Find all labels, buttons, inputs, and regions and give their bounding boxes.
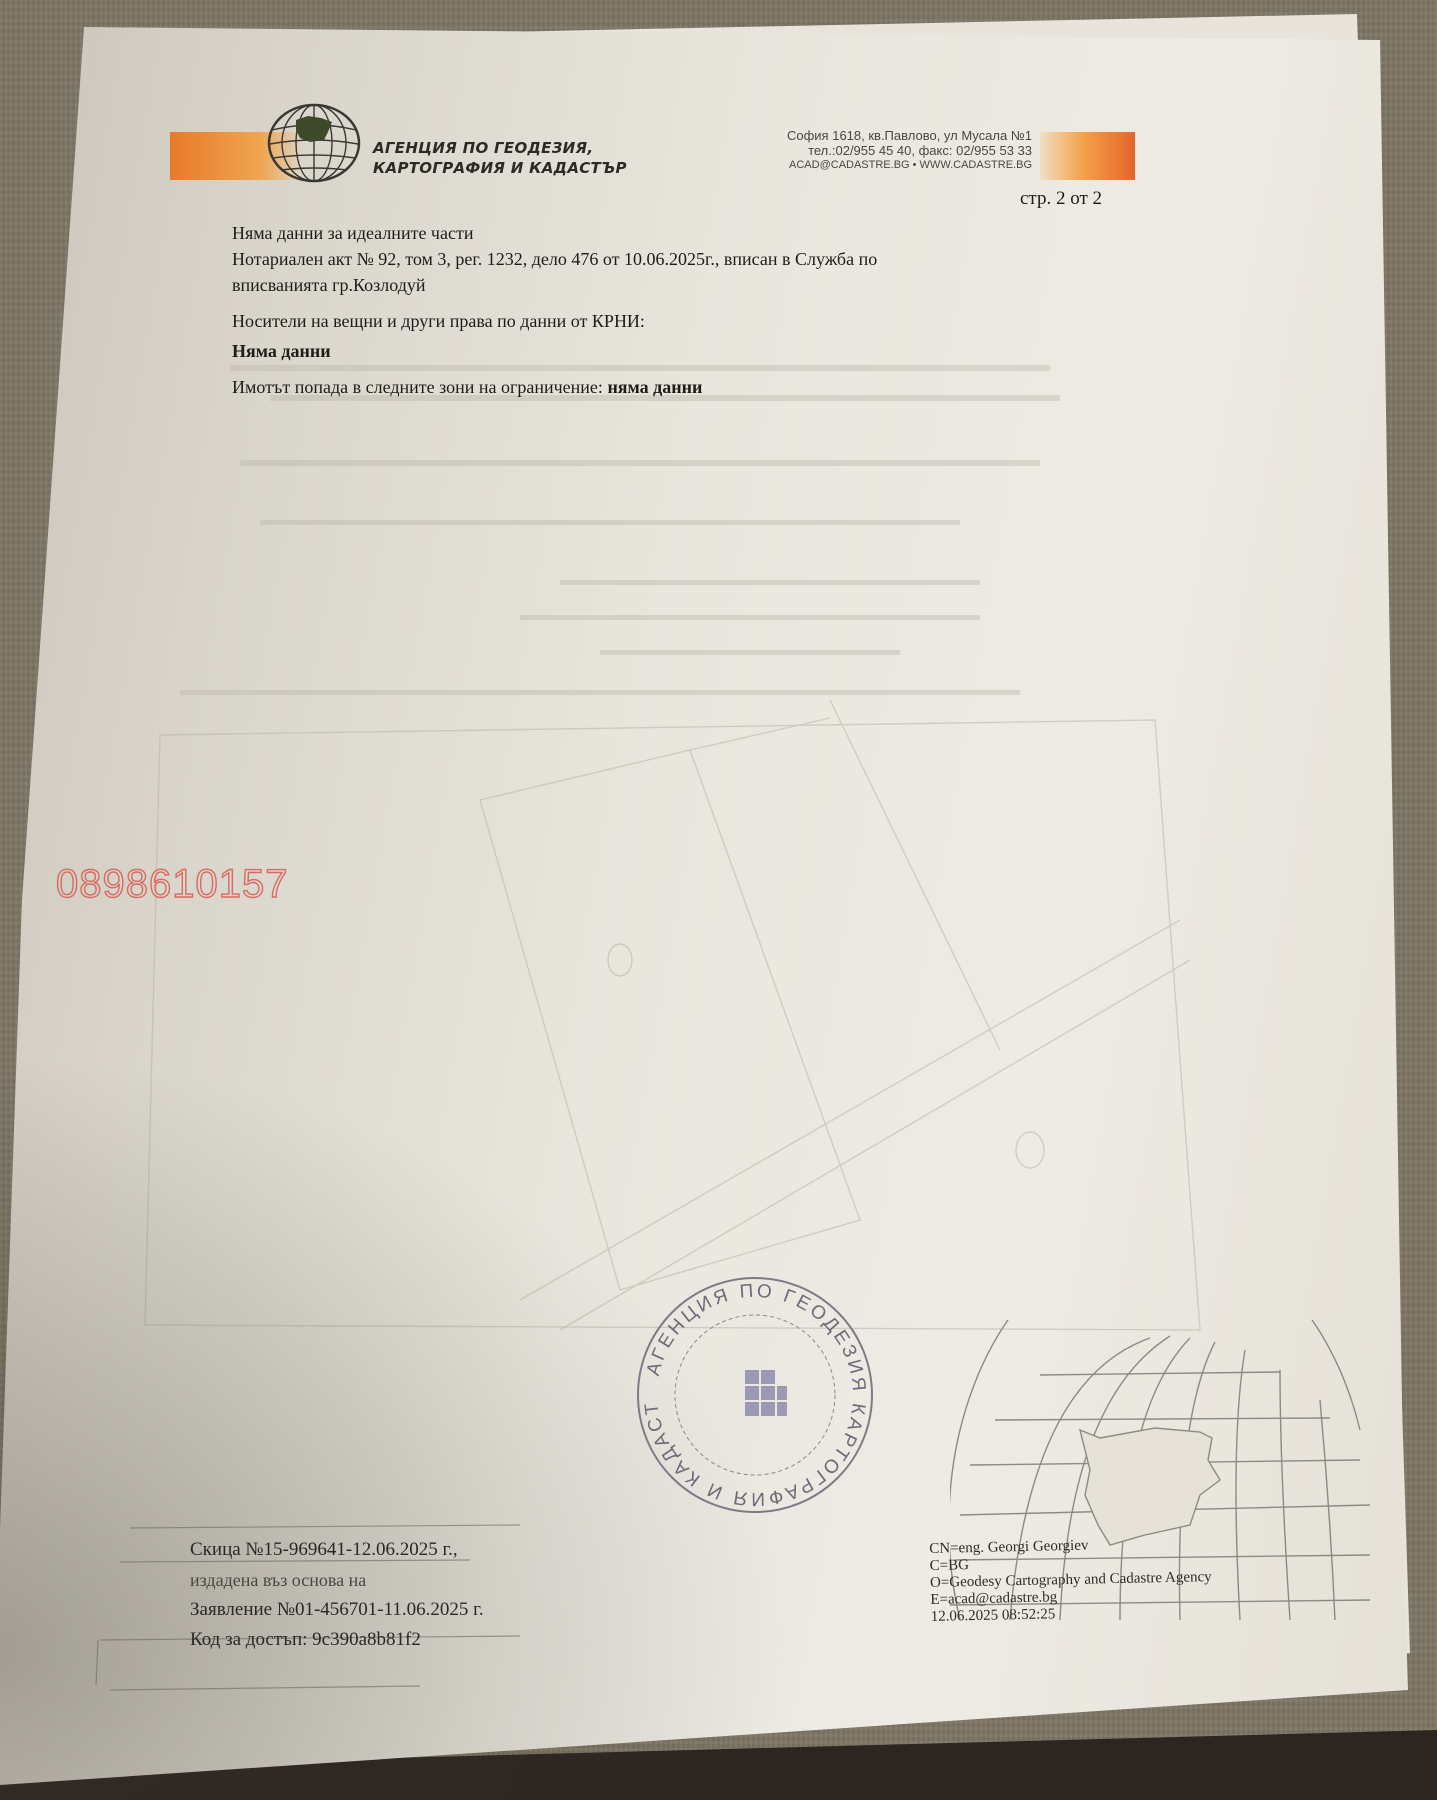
page-number: стр. 2 от 2: [1020, 188, 1102, 210]
letterhead-accent-right: [1040, 132, 1135, 180]
agency-name: Агенция по геодезия, картография и кадас…: [373, 138, 627, 178]
notary-act-line: Нотариален акт № 92, том 3, рег. 1232, д…: [232, 246, 1112, 272]
document-body: Няма данни за идеалните части Нотариален…: [232, 220, 1112, 400]
agency-email-web: ACAD@CADASTRE.BG • WWW.CADASTRE.BG: [742, 158, 1032, 173]
globe-bulgaria-icon: [266, 102, 362, 184]
restriction-zones: Имотът попада в следните зони на огранич…: [232, 374, 1112, 400]
phone-watermark: 0898610157: [56, 862, 288, 907]
ideal-parts-line: Няма данни за идеалните части: [232, 220, 1112, 246]
access-code: Код за достъп: 9c390a8b81f2: [190, 1625, 484, 1655]
sketch-number: Скица №15-969641-12.06.2025 г.,: [190, 1535, 484, 1565]
round-seal-icon: АГЕНЦИЯ ПО ГЕОДЕЗИЯ КАРТОГРАФИЯ И КАДАСТ…: [630, 1270, 880, 1520]
agency-name-line1: Агенция по геодезия,: [373, 138, 627, 158]
digital-signature: CN=eng. Georgi Georgiev C=BG O=Geodesy C…: [929, 1535, 1212, 1626]
rights-holders-value: Няма данни: [232, 338, 1112, 364]
application-number: Заявление №01-456701-11.06.2025 г.: [190, 1595, 484, 1625]
agency-contact: София 1618, кв.Павлово, ул Мусала №1 тел…: [742, 128, 1032, 173]
restriction-zones-label: Имотът попада в следните зони на огранич…: [232, 377, 607, 397]
rights-holders-label: Носители на вещни и други права по данни…: [232, 308, 1112, 334]
restriction-zones-value: няма данни: [607, 377, 702, 397]
notary-act-line-cont: вписванията гр.Козлодуй: [232, 272, 1112, 298]
agency-phones: тел.:02/955 45 40, факс: 02/955 53 33: [742, 143, 1032, 158]
sketch-info: Скица №15-969641-12.06.2025 г., издадена…: [190, 1535, 484, 1655]
agency-name-line2: картография и кадастър: [373, 158, 627, 178]
agency-address: София 1618, кв.Павлово, ул Мусала №1: [742, 128, 1032, 143]
issued-basis: издадена въз основа на: [190, 1565, 484, 1595]
